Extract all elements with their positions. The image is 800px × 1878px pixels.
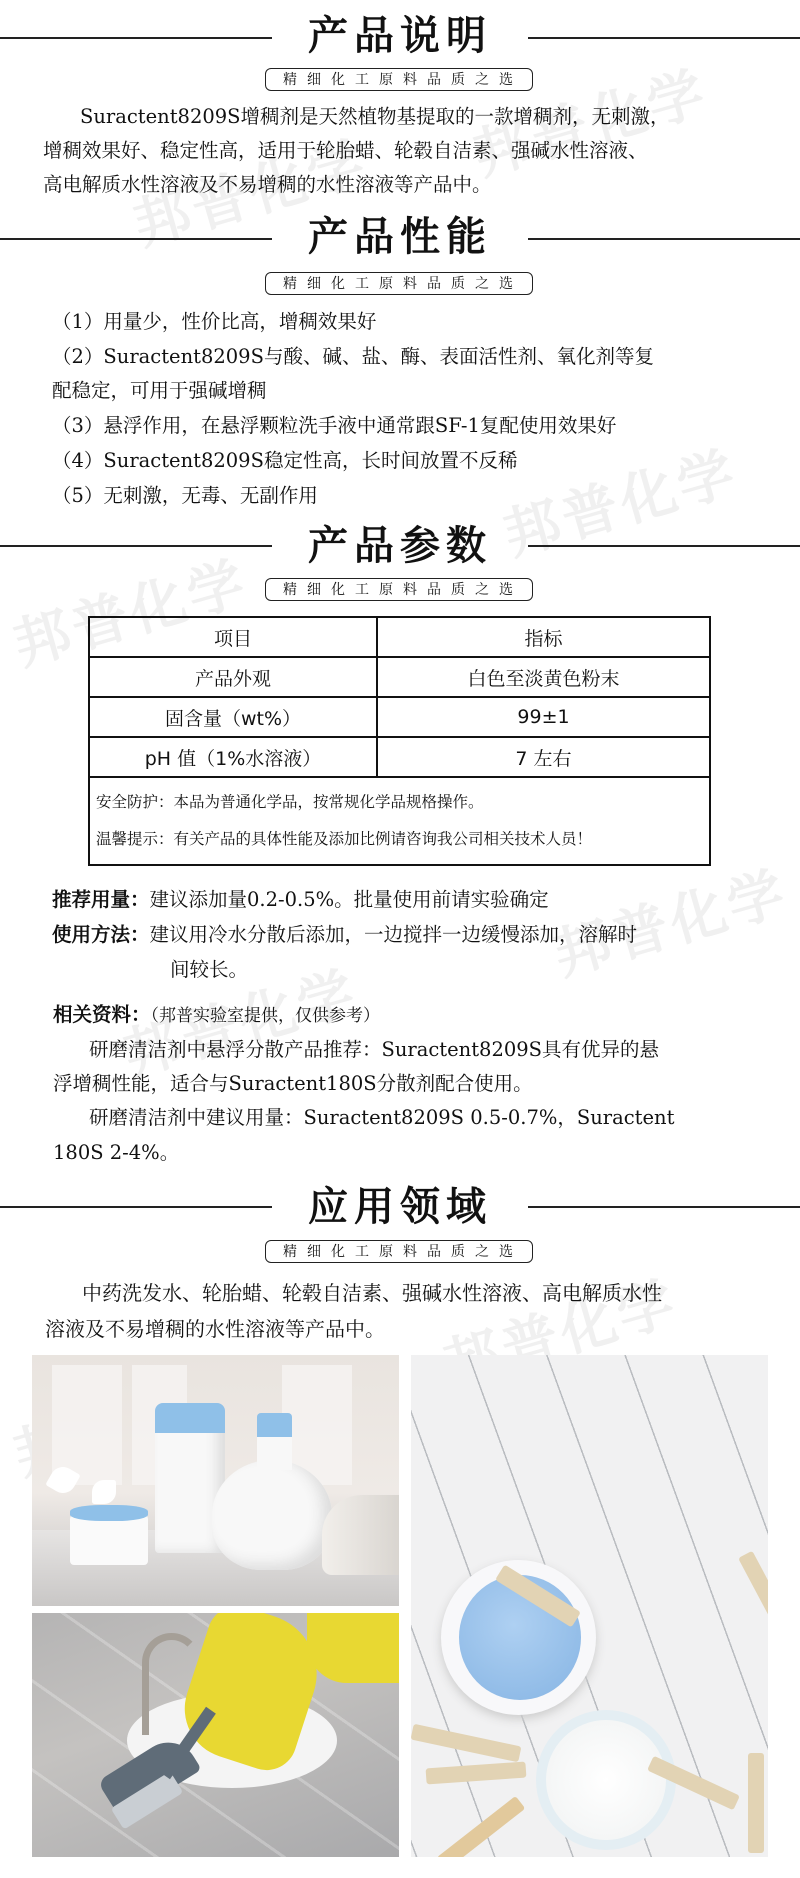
parameters-table: 项目 指标 产品外观 白色至淡黄色粉末 固含量（wt%） 99±1 pH 值（1… bbox=[88, 616, 711, 866]
reference-line: 研磨清洁剂中悬浮分散产品推荐：Suractent8209S具有优异的悬 bbox=[89, 1033, 659, 1067]
tagline-badge: 精细化工原料品质之选 bbox=[265, 578, 533, 601]
tagline-badge: 精细化工原料品质之选 bbox=[265, 272, 533, 295]
table-header-row: 项目 指标 bbox=[89, 617, 710, 657]
performance-item: （2）Suractent8209S与酸、碱、盐、酶、表面活性剂、氧化剂等复 bbox=[52, 340, 654, 374]
safety-note: 安全防护：本品为普通化学品，按常规化学品规格操作。 bbox=[96, 784, 703, 821]
table-cell: 99±1 bbox=[377, 697, 710, 737]
method-row: 使用方法：建议用冷水分散后添加，一边搅拌一边缓慢添加，溶解时 bbox=[52, 918, 637, 952]
performance-item: （5）无刺激，无毒、无副作用 bbox=[52, 479, 318, 513]
applications-line: 溶液及不易增稠的水性溶液等产品中。 bbox=[45, 1312, 385, 1346]
dosage-text: 建议添加量0.2-0.5%。批量使用前请实验确定 bbox=[150, 888, 549, 911]
section-title: 应用领域 bbox=[0, 1185, 800, 1229]
reference-line: 浮增稠性能，适合与Suractent180S分散剂配合使用。 bbox=[53, 1067, 533, 1101]
table-cell: 产品外观 bbox=[89, 657, 377, 697]
table-header: 指标 bbox=[377, 617, 710, 657]
dosage-label: 推荐用量： bbox=[52, 888, 150, 911]
method-label: 使用方法： bbox=[52, 923, 150, 946]
performance-item: （3）悬浮作用，在悬浮颗粒洗手液中通常跟SF-1复配使用效果好 bbox=[52, 409, 616, 443]
table-notes: 安全防护：本品为普通化学品，按常规化学品规格操作。 温馨提示：有关产品的具体性能… bbox=[89, 777, 710, 865]
tagline-badge: 精细化工原料品质之选 bbox=[265, 1240, 533, 1263]
table-cell: 白色至淡黄色粉末 bbox=[377, 657, 710, 697]
section-title: 产品参数 bbox=[0, 524, 800, 568]
tagline-badge: 精细化工原料品质之选 bbox=[265, 68, 533, 91]
table-row: 固含量（wt%） 99±1 bbox=[89, 697, 710, 737]
table-header: 项目 bbox=[89, 617, 377, 657]
clothespin-icon bbox=[748, 1753, 764, 1853]
table-cell: pH 值（1%水溶液） bbox=[89, 737, 377, 777]
description-line: 高电解质水性溶液及不易增稠的水性溶液等产品中。 bbox=[43, 168, 492, 202]
powder-bowls-photo bbox=[411, 1355, 768, 1857]
dosage-row: 推荐用量：建议添加量0.2-0.5%。批量使用前请实验确定 bbox=[52, 883, 549, 917]
section-title: 产品说明 bbox=[0, 14, 800, 58]
performance-item-continuation: 配稳定，可用于强碱增稠 bbox=[52, 374, 267, 408]
table-notes-row: 安全防护：本品为普通化学品，按常规化学品规格操作。 温馨提示：有关产品的具体性能… bbox=[89, 777, 710, 865]
table-cell: 7 左右 bbox=[377, 737, 710, 777]
description-line: 增稠效果好、稳定性高，适用于轮胎蜡、轮毂自洁素、强碱水性溶液、 bbox=[43, 134, 648, 168]
performance-item: （4）Suractent8209S稳定性高，长时间放置不反稀 bbox=[52, 444, 517, 478]
tear-bottle-icon bbox=[212, 1460, 332, 1570]
bottles-photo bbox=[32, 1355, 399, 1606]
section-title: 产品性能 bbox=[0, 215, 800, 259]
method-text-continuation: 间较长。 bbox=[170, 953, 248, 987]
tip-note: 温馨提示：有关产品的具体性能及添加比例请咨询我公司相关技术人员！ bbox=[96, 821, 703, 858]
table-row: 产品外观 白色至淡黄色粉末 bbox=[89, 657, 710, 697]
reference-line: 研磨清洁剂中建议用量：Suractent8209S 0.5-0.7%，Surac… bbox=[89, 1101, 674, 1135]
reference-note: （邦普实验室提供，仅供参考） bbox=[151, 1006, 381, 1026]
scrubbing-photo bbox=[32, 1613, 399, 1857]
reference-label: 相关资料： bbox=[53, 1003, 151, 1026]
table-row: pH 值（1%水溶液） 7 左右 bbox=[89, 737, 710, 777]
description-line: Suractent8209S增稠剂是天然植物基提取的一款增稠剂，无刺激， bbox=[80, 100, 670, 134]
reference-row: 相关资料：（邦普实验室提供，仅供参考） bbox=[53, 998, 380, 1033]
reference-line: 180S 2-4%。 bbox=[53, 1136, 179, 1170]
method-text: 建议用冷水分散后添加，一边搅拌一边缓慢添加，溶解时 bbox=[150, 923, 638, 946]
performance-item: （1）用量少，性价比高，增稠效果好 bbox=[52, 305, 376, 339]
applications-line: 中药洗发水、轮胎蜡、轮毂自洁素、强碱水性溶液、高电解质水性 bbox=[82, 1276, 662, 1310]
table-cell: 固含量（wt%） bbox=[89, 697, 377, 737]
